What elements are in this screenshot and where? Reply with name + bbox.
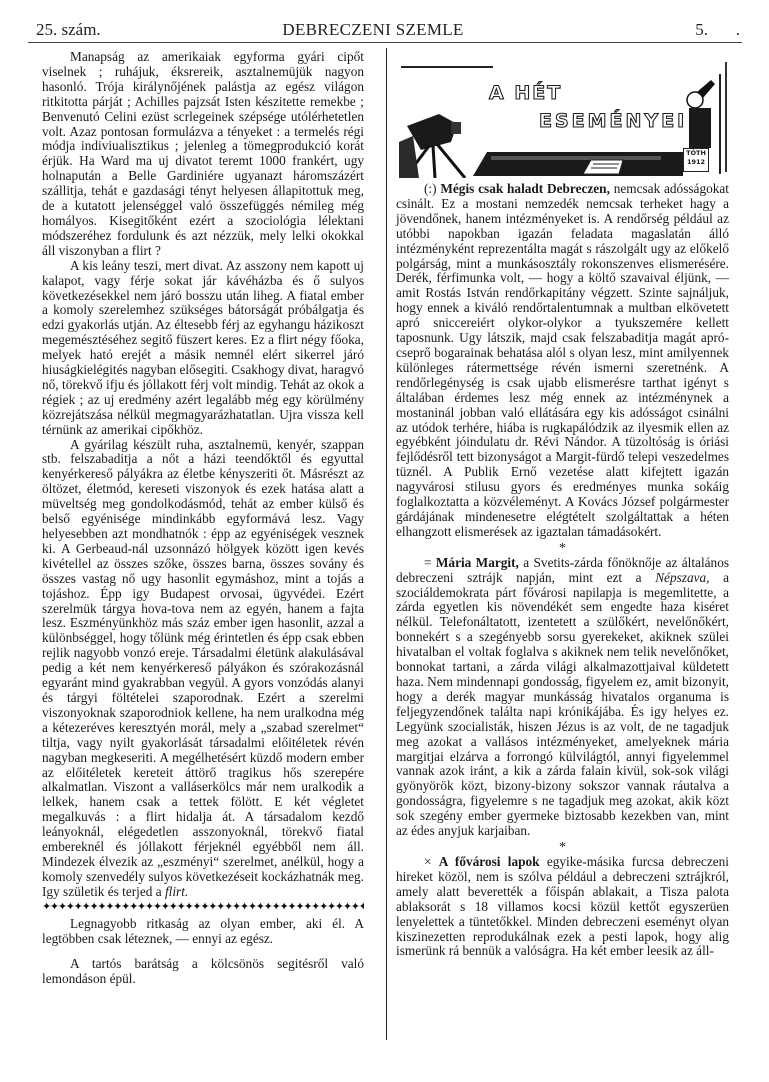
decorative-bar (725, 62, 727, 172)
column-divider (386, 48, 387, 1040)
aphorism: A tartós barátság a kölcsönös segitésről… (42, 957, 364, 987)
article-paragraph: A kis leány teszi, mert divat. Az asszon… (42, 259, 364, 438)
item-headline: Mégis csak haladt Debreczen, (440, 181, 610, 196)
item-text: nemcsak adósságokat csinált. Ez a mostan… (396, 181, 729, 539)
signature-text: TÓTH (684, 149, 708, 158)
news-item: × A fővárosi lapok egyike-másika furcsa … (396, 855, 729, 959)
camera-icon (399, 96, 479, 178)
header-rule (28, 42, 742, 43)
newspaper-title: DEBRECZENI SZEMLE (28, 20, 718, 40)
news-item: = Mária Margit, a Svetits-zárda főnöknőj… (396, 556, 729, 839)
desk-icon (473, 148, 683, 176)
section-header-illustration: A HÉT ESEMÉNYEI TÓTH 1912 (393, 56, 735, 178)
item-text: egyike-másika furcsa debreczeni hireket … (396, 854, 729, 958)
section-separator: * (396, 841, 729, 855)
artist-signature: TÓTH 1912 (683, 148, 709, 172)
item-italic: Népszava, (655, 570, 709, 585)
aphorism: Legnagyobb ritkaság az olyan ember, aki … (42, 917, 364, 947)
item-marker: (:) (424, 181, 437, 196)
signature-year: 1912 (684, 158, 708, 167)
right-column: (:) Mégis csak haladt Debreczen, nemcsak… (396, 182, 729, 959)
article-paragraph: A gyárilag készült ruha, asztalnemü, ken… (42, 438, 364, 900)
section-separator: * (396, 542, 729, 556)
item-marker: × (424, 854, 432, 869)
ornament-rule: ✦✦✦✦✦✦✦✦✦✦✦✦✦✦✦✦✦✦✦✦✦✦✦✦✦✦✦✦✦✦✦✦✦✦✦✦✦✦✦✦… (42, 901, 364, 913)
italic-word: flirt. (165, 884, 188, 899)
illustration-title-line2: ESEMÉNYEI (539, 110, 687, 132)
left-column: Manapság az amerikaiak egyforma gyári ci… (42, 50, 364, 987)
decorative-line (401, 66, 493, 68)
item-headline: A fővárosi lapok (439, 854, 540, 869)
page-number: 5. (695, 20, 708, 40)
trailing-mark: . (736, 20, 740, 40)
news-item: (:) Mégis csak haladt Debreczen, nemcsak… (396, 182, 729, 540)
item-text: a szociáldemokrata párt fővárosi napilap… (396, 570, 729, 838)
page-header: 25. szám. DEBRECZENI SZEMLE 5. . (28, 16, 718, 40)
illustration-title-line1: A HÉT (489, 82, 562, 104)
paragraph-text: A gyárilag készült ruha, asztalnemü, ken… (42, 437, 364, 899)
item-marker: = (424, 555, 432, 570)
item-headline: Mária Margit, (436, 555, 519, 570)
article-paragraph: Manapság az amerikaiak egyforma gyári ci… (42, 50, 364, 259)
